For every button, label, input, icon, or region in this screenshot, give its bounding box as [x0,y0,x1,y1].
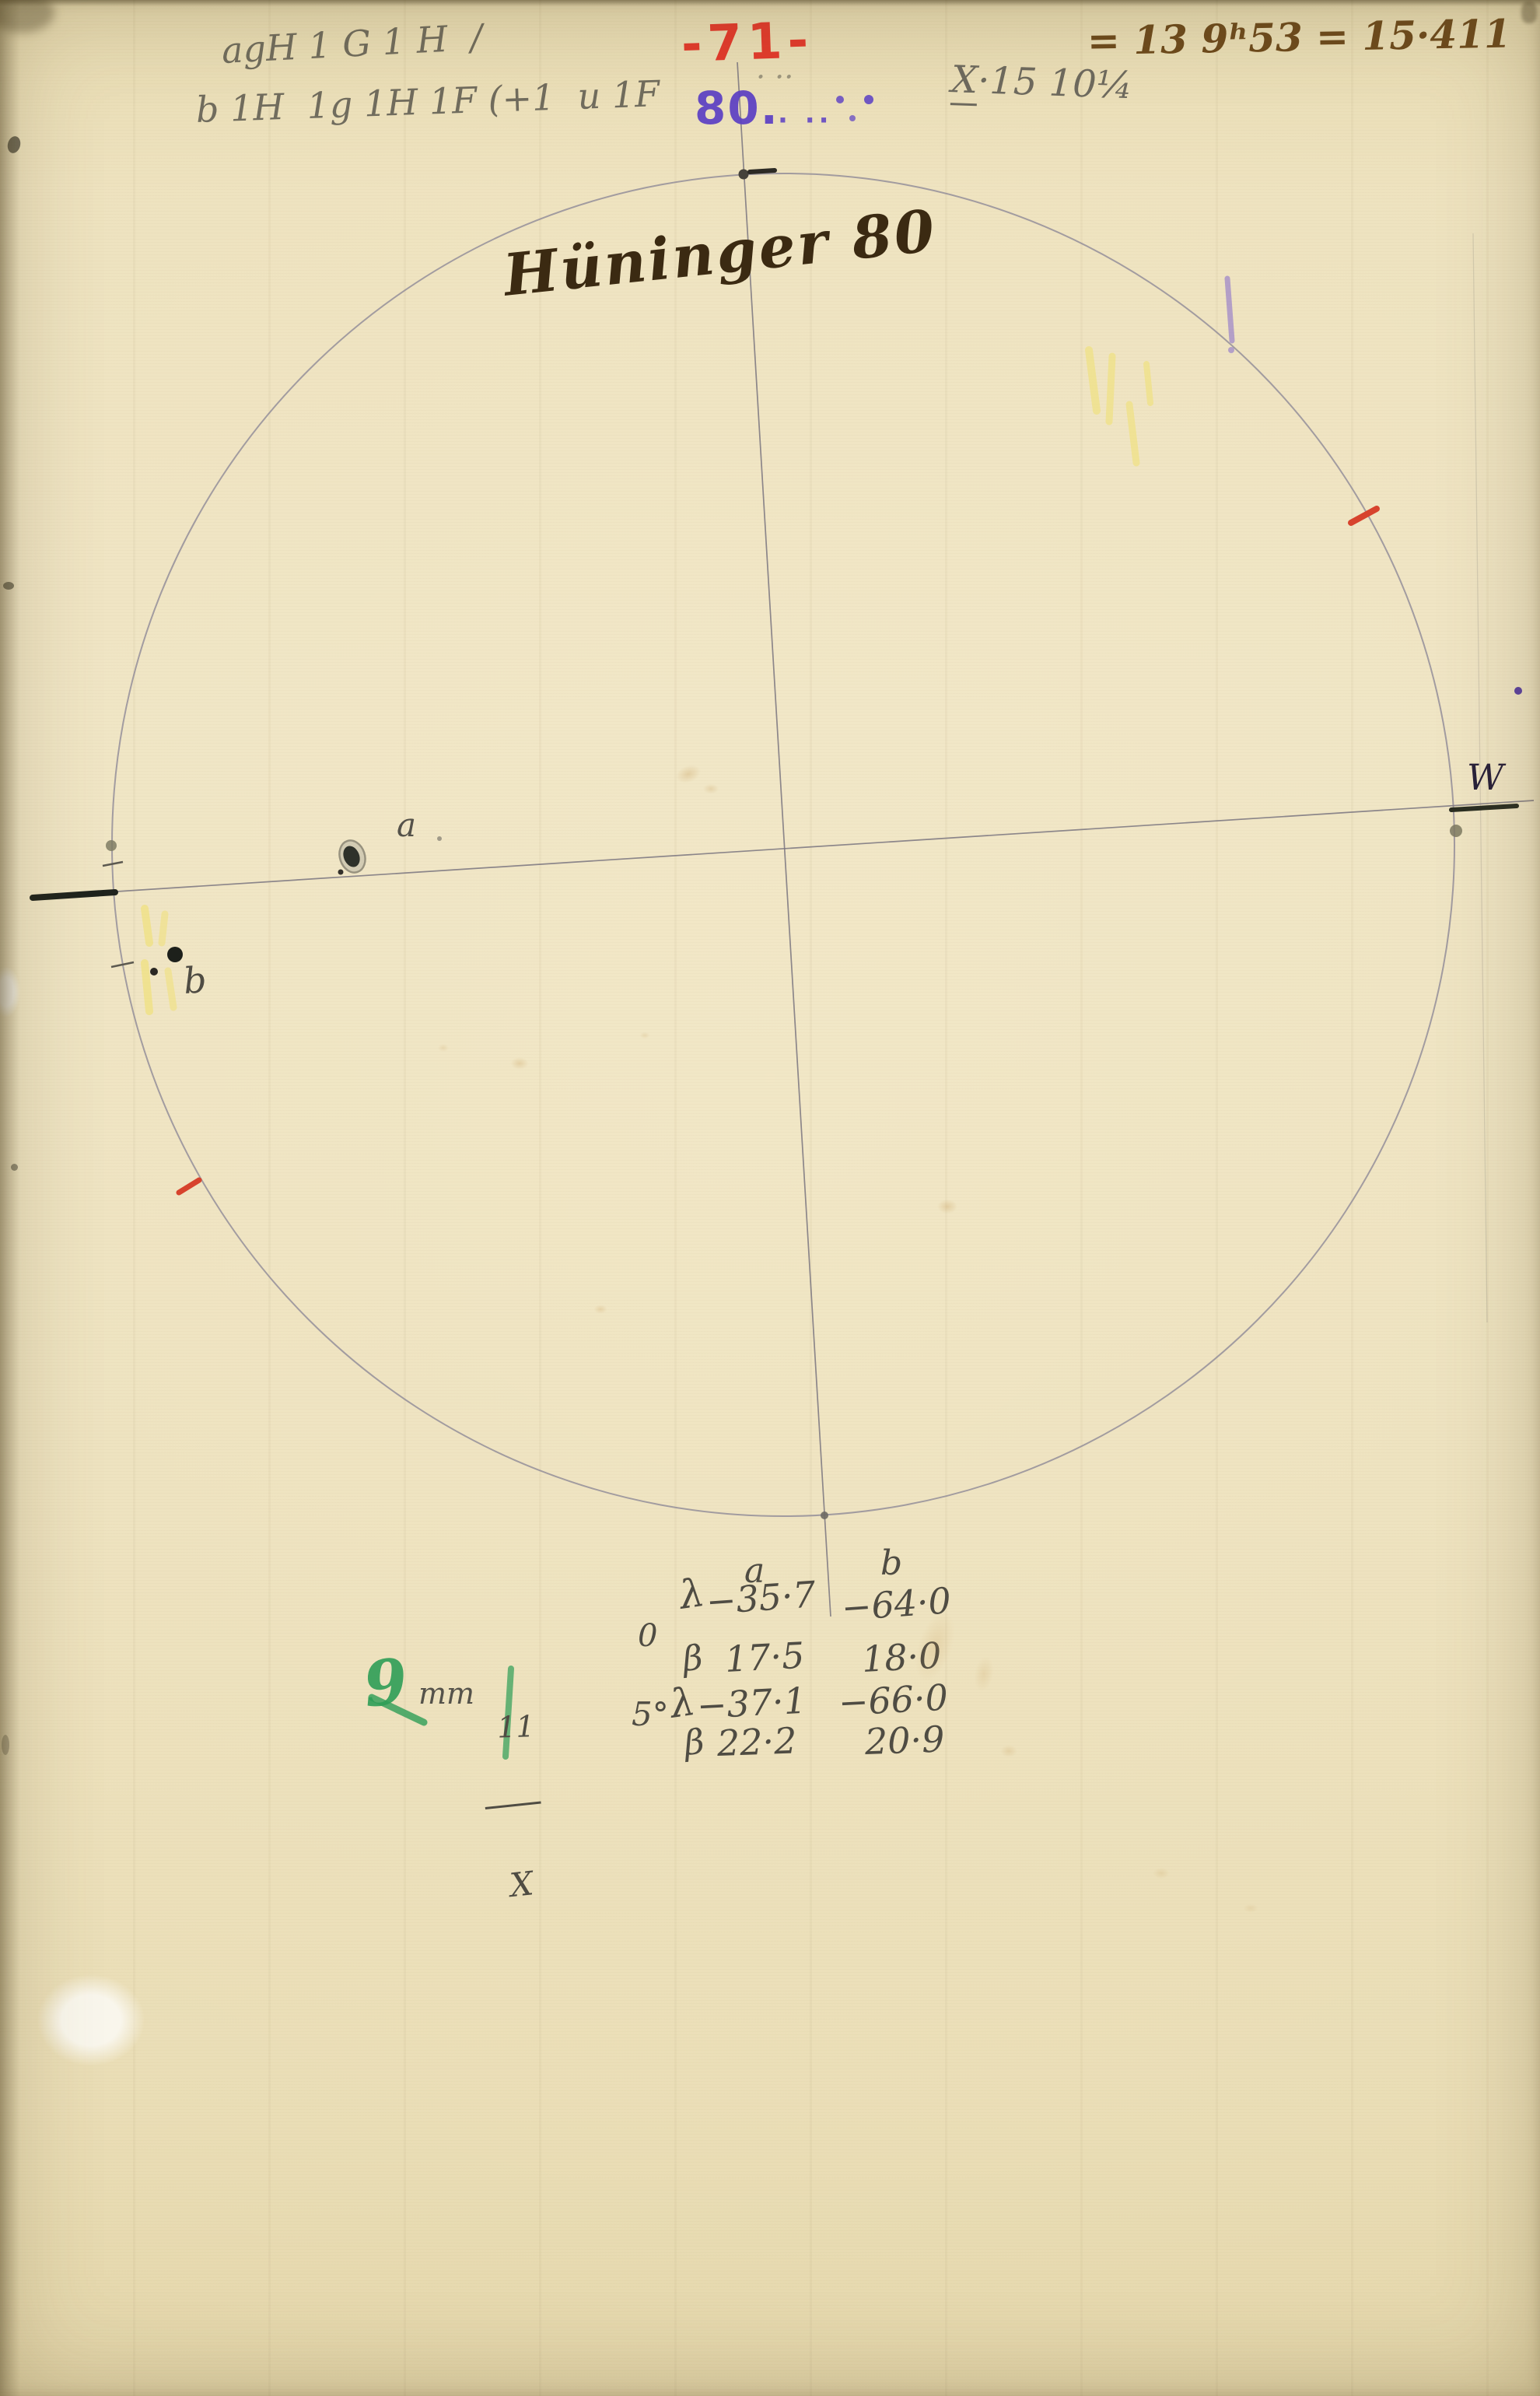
sunspot-b-mark [145,909,183,1011]
date-note-ink: = 13 9ʰ53 = 15·411 [1087,14,1512,61]
west-label: W [1467,759,1503,795]
table-row2-a: 17·5 [724,1638,806,1677]
sunspot-a-label: a [397,809,416,842]
table-row4-b: 20·9 [864,1721,945,1760]
top-edge-shadow [0,0,1540,6]
table-row3-a: −37·1 [696,1683,807,1724]
fraction-numerator: 11 [487,1711,544,1746]
scanned-observation-sheet: agH 1 G 1 H / b 1H 1g 1H 1F (+1 u 1F · ·… [0,0,1540,2396]
sunspot-b-label: b [182,962,208,999]
blue-dots: · ·· [778,107,833,134]
table-group2-label: 5° [632,1698,669,1731]
table-row1-a: −35·7 [705,1576,817,1620]
table-row1-b: −64·0 [840,1582,952,1626]
yellow-facula-marks-upper-right [1089,350,1150,463]
table-row3-b: −66·0 [838,1680,949,1721]
table-row2-b: 18·0 [861,1638,943,1677]
date-day-time: ·15 10¼ [977,58,1133,107]
table-row4-symbol: β [683,1725,706,1760]
sheet-number-blue: 80. [695,86,779,131]
table-row4-a: 22·2 [716,1722,797,1761]
red-limb-tick-upper-right [1351,509,1377,523]
disk-right-dot [1450,825,1462,837]
disk-top-dash [750,170,775,172]
sunspot-a-mark [335,836,442,876]
page-number-red: -71- [681,16,814,70]
west-underline-dash [1451,806,1517,810]
violet-ink-marks [836,95,1522,695]
date-roman-month: X [950,58,978,106]
table-col-b-header: b [880,1547,902,1581]
fraction-denominator: X [492,1865,551,1904]
disk-left-dot [106,840,117,851]
left-edge-shadow [0,0,20,2396]
east-heavy-dash [33,892,115,898]
table-row3-symbol: λ [668,1682,698,1724]
table-group1-label: 0 [638,1620,657,1652]
disk-top-dot [739,170,749,180]
crosshair-vertical-line [737,62,831,1617]
solar-disk-circle [112,173,1454,1516]
disk-bottom-dot [821,1512,828,1519]
solar-disk-drawing [0,0,1540,2396]
crosshair-horizontal-line [56,800,1534,895]
scale-note-unit: mm [418,1679,474,1708]
table-row1-symbol: λ [677,1573,707,1615]
red-limb-tick-lower-left [179,1180,199,1193]
scale-note-green-digit: 9 [361,1649,411,1715]
table-row2-symbol: β [681,1641,705,1676]
